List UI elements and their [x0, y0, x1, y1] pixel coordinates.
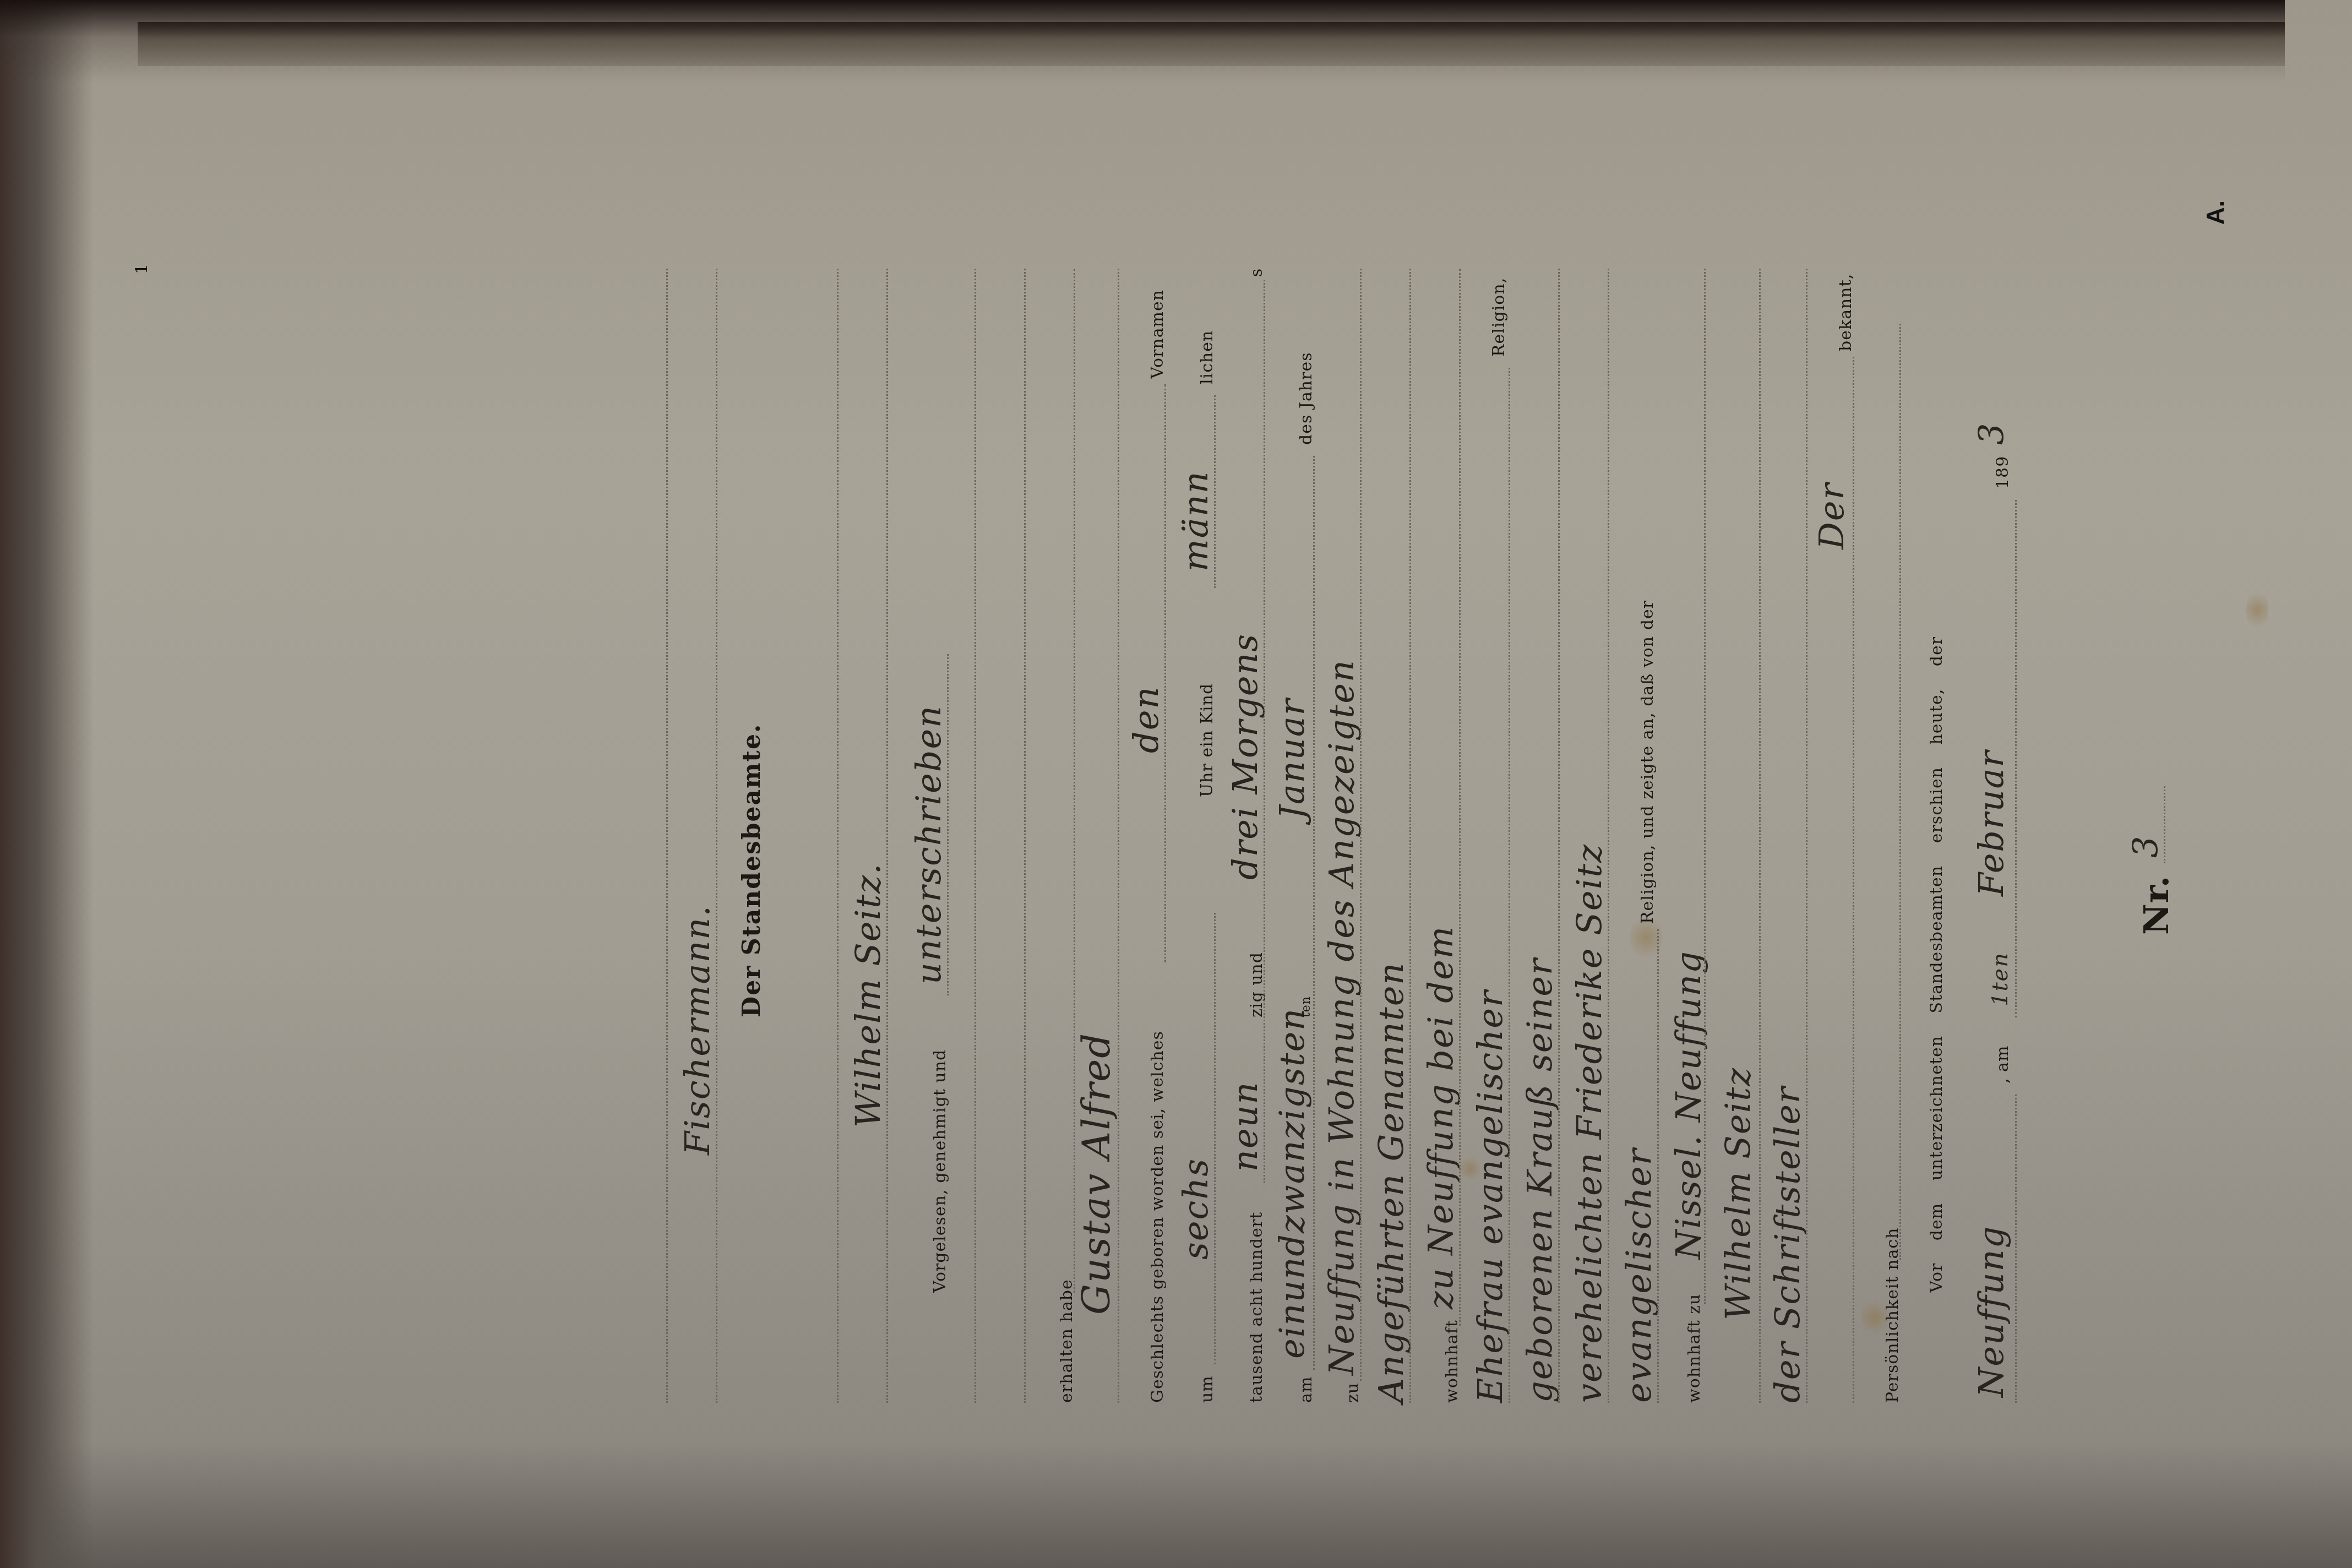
dotted-line: [1214, 395, 1216, 588]
mother-maiden-name: geborenen Krauß seiner: [1520, 957, 1560, 1403]
official-title: Der Standesbeamte.: [738, 723, 766, 1017]
register-page: A. 1 Nr. 3 Neuffung , am 1ten Februar 18…: [0, 0, 2352, 1568]
dotted-line: [947, 654, 949, 995]
birth-month: Januar: [1272, 698, 1312, 819]
sex-suffix: lichen: [1197, 330, 1217, 384]
dotted-line: [837, 269, 839, 1403]
year-text-1: tausend acht hundert: [1247, 1212, 1266, 1403]
dotted-line: [1409, 269, 1411, 1403]
year-unit-time: drei Morgens: [1225, 633, 1265, 880]
approval-handwritten: unterschrieben: [908, 705, 949, 984]
official-signature: Fischermann.: [677, 905, 717, 1155]
dotted-line: [1360, 269, 1362, 1381]
date-month: Februar: [1971, 750, 2011, 896]
form-line-1: Vor dem unterzeichneten Standesbeamten e…: [1927, 636, 1946, 1293]
dotted-line: [1759, 269, 1761, 1403]
residence-label-2: wohnhaft: [1442, 1320, 1462, 1403]
dotted-line: [1657, 929, 1659, 1403]
declarant-religion: evangelischer: [1619, 1148, 1659, 1403]
dotted-line: [1608, 269, 1609, 1403]
mother-name: verehelichten Friederike Seitz: [1569, 843, 1609, 1403]
at-label: zu: [1343, 1382, 1363, 1403]
dotted-line: [1459, 269, 1461, 1326]
rotated-page-frame: A. 1 Nr. 3 Neuffung , am 1ten Februar 18…: [0, 0, 2352, 1568]
mother-residence: zu Neuffung bei dem: [1420, 925, 1461, 1309]
register-letter: A.: [2202, 200, 2230, 225]
dotted-line: [1509, 368, 1510, 1403]
number-value: 3: [2125, 835, 2165, 858]
page-number: 1: [132, 264, 151, 274]
dotted-line: [1074, 269, 1075, 1293]
number-label: Nr.: [2136, 875, 2176, 935]
year-decade: neun: [1225, 1081, 1265, 1172]
child-sex: männ: [1175, 470, 1216, 571]
dotted-line: [1024, 269, 1026, 1403]
dotted-line: [1164, 384, 1166, 962]
date-dotted-line: [2015, 500, 2017, 1017]
birth-day: einundzwanzigsten: [1272, 1008, 1312, 1359]
dotted-line: [1313, 456, 1315, 1370]
foxing-stain: [2246, 588, 2268, 632]
mother-religion: Ehefrau evangelischer: [1470, 989, 1510, 1403]
date-day: 1ten: [1988, 952, 2013, 1006]
dotted-line: [974, 269, 976, 1403]
dotted-line: [886, 269, 888, 1403]
child-label: Uhr ein Kind: [1197, 683, 1217, 797]
known-label: bekannt,: [1836, 274, 1855, 351]
dotted-line: [716, 269, 717, 1403]
of-year-label: des Jahres: [1297, 352, 1316, 445]
known-as-hand: Der: [1811, 482, 1852, 549]
declarant-signature: Wilhelm Seitz.: [848, 862, 888, 1128]
declarant-occupation: der Schriftsteller: [1767, 1086, 1807, 1403]
on-label: am: [1297, 1376, 1316, 1403]
article-den: den: [1126, 686, 1166, 753]
place-dotted-line: [2015, 1095, 2017, 1403]
dotted-line: [1264, 280, 1265, 1183]
religion-label: Religion,: [1489, 277, 1509, 357]
dotted-line: [1806, 269, 1807, 1403]
page-right-edge: [0, 0, 2285, 83]
year-digit: 3: [1971, 422, 2011, 445]
year-printed: 189: [1993, 456, 2012, 489]
residence-label: wohnhaft zu: [1685, 1294, 1704, 1403]
gender-born-label: Geschlechts geboren worden sei, welches: [1148, 1031, 1167, 1403]
declarant-name: Wilhelm Seitz: [1718, 1067, 1758, 1320]
page-top-shadow: [0, 0, 94, 1568]
approval-text: Vorgelesen, genehmigt und: [930, 1049, 950, 1293]
place-name: Neuffung: [1971, 1226, 2011, 1397]
dotted-line: [1899, 324, 1901, 1260]
date-prefix: , am: [1993, 1046, 2012, 1084]
dotted-line: [1558, 269, 1560, 1403]
number-dotted-line: [2164, 786, 2165, 863]
at-time-label: um: [1197, 1375, 1217, 1403]
suffix-s: s: [1247, 268, 1266, 277]
first-names-label: Vornamen: [1148, 290, 1167, 379]
religion-statement: Religion, und zeigte an, daß von der: [1638, 600, 1657, 924]
received-label: erhalten habe: [1057, 1279, 1076, 1403]
residence-detail: Angeführten Genannten: [1371, 962, 1411, 1403]
dotted-line: [1118, 269, 1119, 1403]
dotted-line: [1214, 913, 1216, 1364]
declarant-residence: Nissel. Neuffung: [1668, 950, 1708, 1260]
dotted-line: [1853, 357, 1854, 1403]
birth-hour: sechs: [1175, 1158, 1216, 1260]
child-first-names: Gustav Alfred: [1074, 1032, 1119, 1315]
dotted-line: [1704, 269, 1706, 1304]
ordinal-suffix: ten: [1299, 996, 1313, 1017]
dotted-line: [666, 269, 668, 1403]
birth-place: Neuffung in Wohnung des Angezeigten: [1321, 659, 1362, 1375]
